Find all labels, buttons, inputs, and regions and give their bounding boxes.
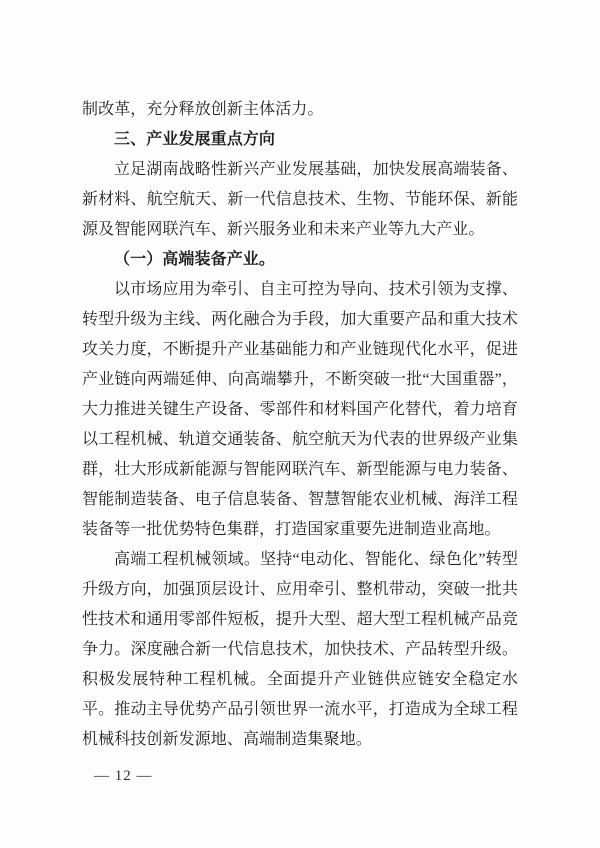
field-paragraph-body: 坚持“电动化、智能化、绿色化”转型升级方向，加强顶层设计、应用牵引、整机带动，突… bbox=[82, 551, 518, 748]
page-number: — 12 — bbox=[94, 765, 153, 787]
document-page: 制改革，充分释放创新主体活力。 三、产业发展重点方向 立足湖南战略性新兴产业发展… bbox=[0, 0, 600, 848]
body-paragraph: 以市场应用为牵引、自主可控为导向、技术引领为支撑、转型升级为主线、两化融合为手段… bbox=[82, 275, 518, 545]
field-paragraph-lead: 高端工程机械领域。 bbox=[114, 551, 260, 568]
intro-paragraph: 立足湖南战略性新兴产业发展基础，加快发展高端装备、新材料、航空航天、新一代信息技… bbox=[82, 155, 518, 245]
continuation-line: 制改革，充分释放创新主体活力。 bbox=[82, 95, 518, 125]
section-heading: 三、产业发展重点方向 bbox=[82, 125, 518, 155]
field-paragraph: 高端工程机械领域。坚持“电动化、智能化、绿色化”转型升级方向，加强顶层设计、应用… bbox=[82, 545, 518, 755]
text-block: 制改革，充分释放创新主体活力。 三、产业发展重点方向 立足湖南战略性新兴产业发展… bbox=[82, 95, 518, 755]
subsection-heading: （一）高端装备产业。 bbox=[82, 245, 518, 275]
